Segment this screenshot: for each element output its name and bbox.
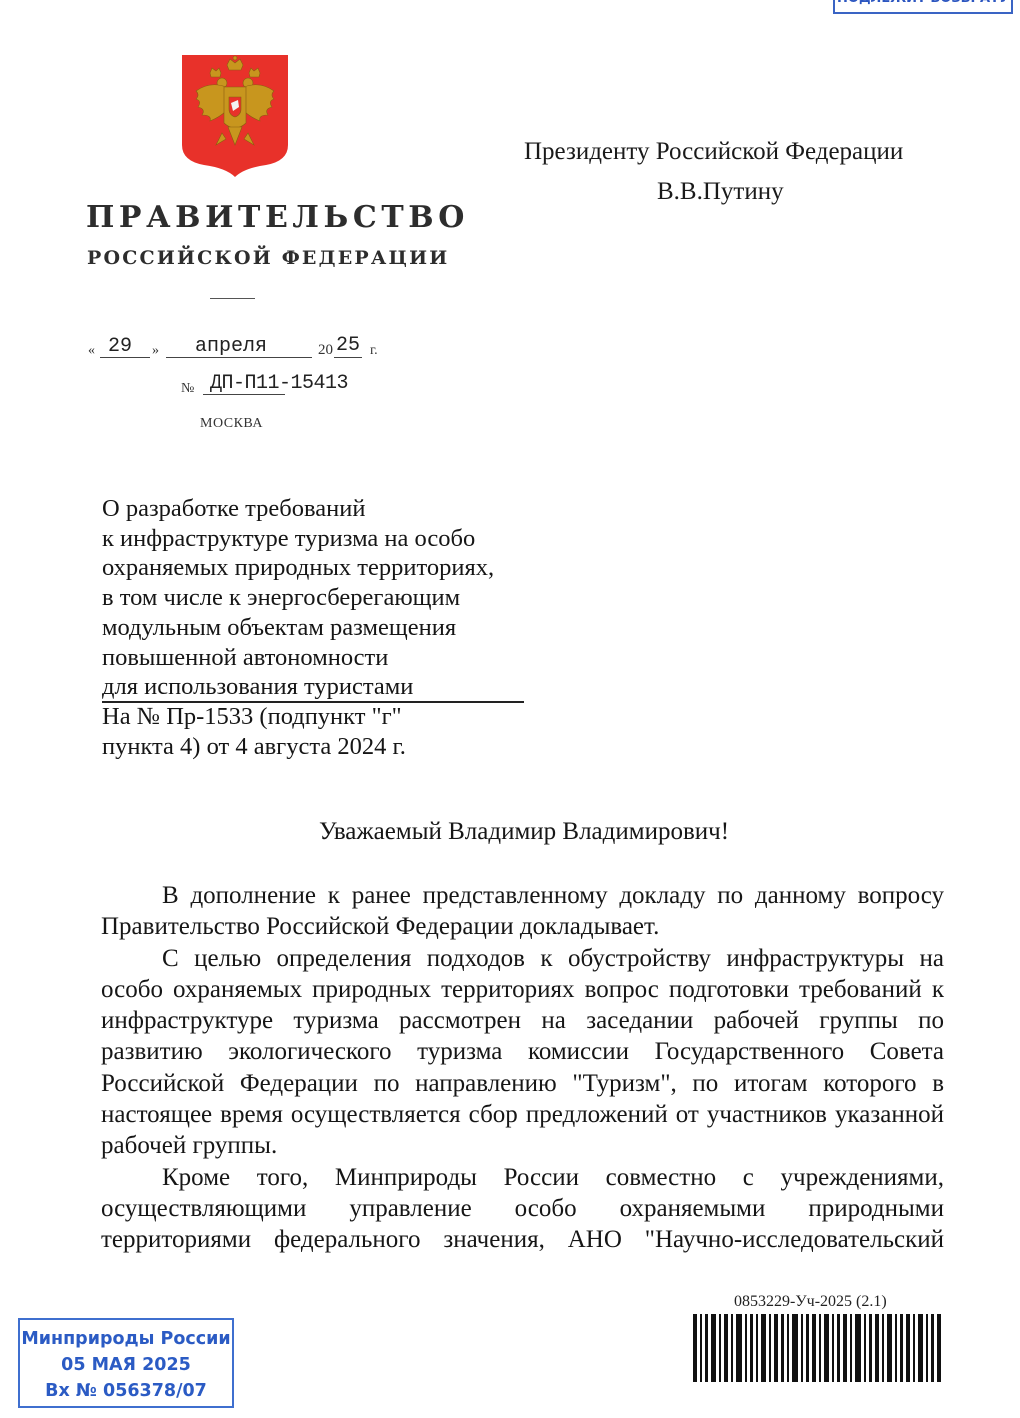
date-year-prefix: 20: [318, 342, 333, 359]
document-city: МОСКВА: [200, 416, 263, 432]
return-stamp: ПОДЛЕЖИТ ВОЗВРАТУ: [833, 0, 1013, 14]
addressee-title: Президенту Российской Федерации: [524, 138, 903, 166]
document-date: « 29 » апреля 20 25 г.: [88, 335, 388, 365]
subject-block: О разработке требований к инфраструктуре…: [102, 494, 494, 761]
date-month: апреля: [195, 335, 267, 358]
letter-body: В дополнение к ранее представленному док…: [101, 880, 944, 1256]
subject-line: модульным объектам размещения: [102, 613, 494, 643]
subject-line: О разработке требований: [102, 494, 494, 524]
date-year-suffix: 25: [336, 334, 360, 357]
letterhead-subtitle: РОССИЙСКОЙ ФЕДЕРАЦИИ: [87, 247, 449, 269]
coat-of-arms-icon: [180, 53, 290, 179]
incoming-registration-stamp: Минприроды России 05 МАЯ 2025 Вх № 05637…: [18, 1318, 234, 1408]
date-year-mark: г.: [370, 343, 378, 359]
number-value: ДП-П11-15413: [210, 372, 348, 395]
date-close-quote: »: [152, 343, 159, 359]
subject-line: к инфраструктуре туризма на особо: [102, 524, 494, 554]
stamp-org: Минприроды России: [20, 1326, 232, 1352]
document-number: № ДП-П11-15413: [181, 372, 381, 402]
date-open-quote: «: [88, 343, 95, 359]
subject-line: в том числе к энергосберегающим: [102, 583, 494, 613]
letterhead-divider: [210, 298, 255, 299]
subject-underline: [102, 701, 524, 703]
greeting: Уважаемый Владимир Владимирович!: [0, 818, 1020, 846]
reference-line: пункта 4) от 4 августа 2024 г.: [102, 732, 494, 762]
body-paragraph: С целью определения подходов к обустройс…: [101, 943, 944, 1162]
subject-line: для использования туристами: [102, 672, 494, 702]
addressee-name: В.В.Путину: [657, 178, 784, 206]
document-code: 0853229-Уч-2025 (2.1): [734, 1293, 887, 1311]
greeting-text: Уважаемый Владимир Владимирович!: [319, 818, 729, 845]
letterhead-title: ПРАВИТЕЛЬСТВО: [86, 200, 469, 235]
number-label: №: [181, 381, 194, 397]
stamp-number: Вх № 056378/07: [20, 1378, 232, 1404]
barcode-icon: [693, 1314, 943, 1382]
reference-line: На № Пр-1533 (подпункт "г": [102, 702, 494, 732]
body-paragraph: Кроме того, Минприроды России совместно …: [101, 1162, 944, 1256]
stamp-date: 05 МАЯ 2025: [20, 1352, 232, 1378]
subject-line: охраняемых природных территориях,: [102, 553, 494, 583]
subject-line: повышенной автономности: [102, 643, 494, 673]
date-day: 29: [108, 335, 132, 358]
body-paragraph: В дополнение к ранее представленному док…: [101, 880, 944, 943]
